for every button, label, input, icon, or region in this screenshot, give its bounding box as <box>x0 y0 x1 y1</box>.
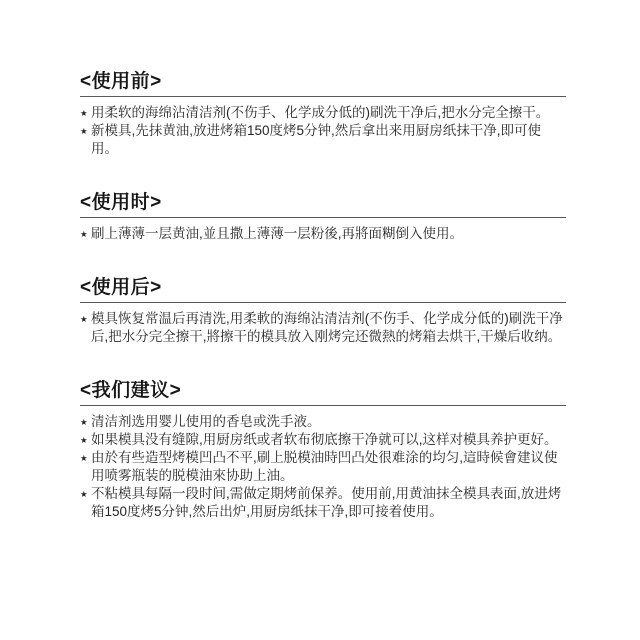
bullet-text: 如果模具没有缝隙,用厨房纸或者软布彻底擦干净就可以,这样对模具养护更好。 <box>91 432 558 447</box>
instruction-section: <我们建议> ★ 清洁剂选用婴儿使用的香皂或洗手液。 ★ 如果模具没有缝隙,用厨… <box>80 379 566 521</box>
bullet-item: ★ 新模具,先抹黄油,放进烤箱150度烤5分钟,然后拿出来用厨房纸抹干净,即可使… <box>80 122 566 158</box>
instruction-section: <使用前> ★ 用柔软的海绵沾清洁剂(不伤手、化学成分低的)刷洗干净后,把水分完… <box>80 70 566 158</box>
bullet-item: ★ 不粘模具每隔一段时间,需做定期烤前保养。使用前,用黄油抹全模具表面,放进烤箱… <box>80 485 566 521</box>
instruction-section: <使用后> ★ 模具恢复常温后再清洗,用柔軟的海绵沾清洁剂(不伤手、化学成分低的… <box>80 276 566 346</box>
star-bullet-icon: ★ <box>80 229 88 239</box>
bullet-item: ★ 用柔软的海绵沾清洁剂(不伤手、化学成分低的)刷洗干净后,把水分完全擦干。 <box>80 104 566 122</box>
section-heading: <我们建议> <box>80 379 566 406</box>
bullet-text: 由於有些造型烤模凹凸不平,刷上脱模油時凹凸处很难涂的均匀,這時候會建议使用喷雾瓶… <box>91 450 558 483</box>
bullet-list: ★ 清洁剂选用婴儿使用的香皂或洗手液。 ★ 如果模具没有缝隙,用厨房纸或者软布彻… <box>80 413 566 521</box>
bullet-text: 新模具,先抹黄油,放进烤箱150度烤5分钟,然后拿出来用厨房纸抹干净,即可使用。 <box>91 123 541 156</box>
bullet-item: ★ 刷上薄薄一层黄油,並且撒上薄薄一层粉後,再將面糊倒入使用。 <box>80 225 566 243</box>
star-bullet-icon: ★ <box>80 453 88 463</box>
bullet-text: 清洁剂选用婴儿使用的香皂或洗手液。 <box>91 414 321 429</box>
bullet-list: ★ 模具恢复常温后再清洗,用柔軟的海绵沾清洁剂(不伤手、化学成分低的)刷洗干净后… <box>80 310 566 346</box>
star-bullet-icon: ★ <box>80 108 88 118</box>
bullet-list: ★ 刷上薄薄一层黄油,並且撒上薄薄一层粉後,再將面糊倒入使用。 <box>80 225 566 243</box>
bullet-text: 模具恢复常温后再清洗,用柔軟的海绵沾清洁剂(不伤手、化学成分低的)刷洗干净后,把… <box>91 311 563 344</box>
star-bullet-icon: ★ <box>80 435 88 445</box>
bullet-text: 用柔软的海绵沾清洁剂(不伤手、化学成分低的)刷洗干净后,把水分完全擦干。 <box>91 105 549 120</box>
bullet-item: ★ 清洁剂选用婴儿使用的香皂或洗手液。 <box>80 413 566 431</box>
star-bullet-icon: ★ <box>80 417 88 427</box>
bullet-text: 刷上薄薄一层黄油,並且撒上薄薄一层粉後,再將面糊倒入使用。 <box>91 226 463 241</box>
section-heading: <使用时> <box>80 191 566 218</box>
section-heading: <使用后> <box>80 276 566 303</box>
star-bullet-icon: ★ <box>80 489 88 499</box>
bullet-item: ★ 由於有些造型烤模凹凸不平,刷上脱模油時凹凸处很难涂的均匀,這時候會建议使用喷… <box>80 449 566 485</box>
bullet-text: 不粘模具每隔一段时间,需做定期烤前保养。使用前,用黄油抹全模具表面,放进烤箱15… <box>91 486 561 519</box>
instruction-section: <使用时> ★ 刷上薄薄一层黄油,並且撒上薄薄一层粉後,再將面糊倒入使用。 <box>80 191 566 243</box>
star-bullet-icon: ★ <box>80 314 88 324</box>
bullet-item: ★ 如果模具没有缝隙,用厨房纸或者软布彻底擦干净就可以,这样对模具养护更好。 <box>80 431 566 449</box>
care-instructions-page: <使用前> ★ 用柔软的海绵沾清洁剂(不伤手、化学成分低的)刷洗干净后,把水分完… <box>80 70 566 521</box>
bullet-item: ★ 模具恢复常温后再清洗,用柔軟的海绵沾清洁剂(不伤手、化学成分低的)刷洗干净后… <box>80 310 566 346</box>
section-heading: <使用前> <box>80 70 566 97</box>
bullet-list: ★ 用柔软的海绵沾清洁剂(不伤手、化学成分低的)刷洗干净后,把水分完全擦干。 ★… <box>80 104 566 158</box>
star-bullet-icon: ★ <box>80 126 88 136</box>
